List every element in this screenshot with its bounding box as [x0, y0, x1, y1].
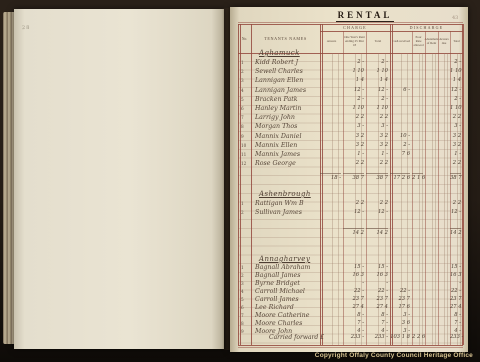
tenant-number: 6	[241, 106, 244, 111]
section-total-amount: 18 -	[320, 173, 341, 181]
amount-cell: 103 1 8	[390, 334, 410, 340]
grid-line	[412, 31, 413, 345]
column-header-cash-received: Cash received	[390, 32, 412, 52]
grid-line	[238, 345, 463, 346]
tenant-number: 3	[241, 78, 244, 83]
tenant-name: Rose George	[255, 160, 296, 167]
amount-cell: 2 2	[366, 160, 388, 166]
amount-cell: 2 2	[366, 200, 388, 206]
tenant-name: Lee Richard	[255, 304, 294, 311]
tenant-name: Morgan Thos	[255, 123, 297, 130]
tenant-number: 7	[241, 115, 244, 120]
amount-cell: 27 4	[450, 304, 461, 310]
amount-cell: -	[450, 280, 461, 286]
amount-cell: 233 -	[343, 334, 364, 340]
amount-cell: 1 -	[366, 151, 388, 157]
amount-cell: 1 10	[366, 105, 388, 111]
section-total-amount: 17 2 6	[390, 173, 410, 181]
column-header-abatement: Abatement of Rent	[425, 32, 438, 52]
tenant-number: 1	[241, 60, 244, 65]
grid-line	[238, 347, 463, 348]
amount-cell: 23 7	[343, 296, 364, 302]
amount-cell: 2 -	[343, 96, 364, 102]
tenant-number: 9	[241, 134, 244, 139]
tenant-name: Lannigan Ellen	[255, 77, 303, 84]
amount-cell: 1 4	[366, 77, 388, 83]
amount-cell: 8 -	[366, 312, 388, 318]
tenant-name: Byrne Bridget	[255, 280, 300, 287]
grid-line	[322, 24, 323, 345]
amount-cell: 7 -	[450, 320, 461, 326]
amount-cell: 17 6	[390, 304, 410, 310]
tenant-name: Bracken Patk	[255, 96, 298, 103]
page-title: RENTAL	[300, 10, 430, 22]
left-blank-page	[14, 9, 224, 349]
amount-cell: 3 2	[366, 142, 388, 148]
amount-cell: 12 -	[366, 209, 388, 215]
tenant-number: 3	[241, 281, 244, 286]
tenant-name: Mannix James	[255, 151, 300, 158]
townland-heading: Aghamuck	[259, 49, 300, 57]
grid-line	[435, 53, 436, 345]
amount-cell: 12 -	[450, 209, 461, 215]
amount-cell: 8 -	[343, 312, 364, 318]
tenant-number: 4	[241, 289, 244, 294]
amount-cell: 16 3	[343, 272, 364, 278]
carried-forward-label: Carried forward £	[269, 334, 324, 341]
tenant-number: 6	[241, 305, 244, 310]
tenant-number: 5	[241, 97, 244, 102]
amount-cell: 233 -	[366, 334, 388, 340]
amount-cell: 2 2	[450, 114, 461, 120]
section-total-amount: 14 2	[343, 228, 364, 236]
tenant-number: 12	[241, 161, 246, 166]
amount-cell: 12 -	[366, 87, 388, 93]
column-header-poor-rate: Poor Rate allowed	[412, 32, 425, 52]
amount-cell: 22 -	[343, 288, 364, 294]
grid-line	[438, 31, 439, 345]
tenant-name: Sewell Charles	[255, 68, 303, 75]
amount-cell: -	[343, 280, 364, 286]
column-header-arrears: Arrears	[320, 32, 343, 52]
right-page-number: 43	[452, 15, 458, 21]
section-total-amount: 38 7	[450, 173, 461, 181]
amount-cell: 12 -	[343, 87, 364, 93]
amount-cell: 2 2	[450, 200, 461, 206]
amount-cell: 23 7	[450, 296, 461, 302]
amount-cell: 23 7	[390, 296, 410, 302]
amount-cell: 2 2	[450, 160, 461, 166]
amount-cell: 1 4	[343, 77, 364, 83]
amount-cell: 3 2	[450, 133, 461, 139]
amount-cell: 3 -	[390, 312, 410, 318]
townland-heading: Ashenbrough	[259, 190, 311, 198]
amount-cell: 3 2	[343, 142, 364, 148]
amount-cell: 8 -	[450, 312, 461, 318]
amount-cell: 2 2	[343, 200, 364, 206]
amount-cell: 7 -	[366, 320, 388, 326]
tenant-number: 5	[241, 297, 244, 302]
group-header-charge: CHARGE	[320, 24, 390, 31]
amount-cell: 16 3	[450, 272, 461, 278]
amount-cell: 12 -	[450, 87, 461, 93]
grid-line	[238, 22, 463, 23]
tenant-name: Hanley Martin	[255, 105, 301, 112]
column-header-charge-total: Total	[366, 32, 390, 52]
grid-line	[444, 53, 445, 345]
amount-cell: 3 2	[450, 142, 461, 148]
tenant-name: Mannix Daniel	[255, 133, 302, 140]
tenant-name: Rattigan Wm B	[255, 200, 304, 207]
section-total-amount: 2 1 6	[412, 173, 423, 181]
amount-cell: 3 -	[343, 123, 364, 129]
tenant-number: 2	[241, 69, 244, 74]
grid-line	[332, 53, 333, 345]
section-total-amount: 14 2	[366, 228, 388, 236]
amount-cell: 2 -	[343, 59, 364, 65]
tenant-name: Carroll Michael	[255, 288, 305, 295]
amount-cell: 7 -	[343, 320, 364, 326]
grid-line	[238, 24, 463, 25]
tenant-number: 8	[241, 124, 244, 129]
tenant-number: 1	[241, 201, 244, 206]
amount-cell: 2 2	[343, 114, 364, 120]
tenant-number: 2	[241, 210, 244, 215]
section-total-amount: 14 2	[450, 228, 461, 236]
tenant-number: 11	[241, 152, 246, 157]
grid-line	[338, 53, 339, 345]
grid-line	[251, 24, 252, 345]
amount-cell: 16 3	[366, 272, 388, 278]
amount-cell: 3 2	[366, 133, 388, 139]
amount-cell: 2 2 6	[412, 334, 423, 340]
amount-cell: 2 -	[450, 96, 461, 102]
tenant-number: 2	[241, 273, 244, 278]
grid-line	[463, 24, 464, 345]
grid-line	[419, 53, 420, 345]
tenant-number: 8	[241, 321, 244, 326]
grid-line	[422, 53, 423, 345]
section-total-amount: 38 7	[366, 173, 388, 181]
amount-cell: 27 4	[366, 304, 388, 310]
amount-cell: 1 -	[343, 151, 364, 157]
amount-cell: 1 4	[450, 77, 461, 83]
grid-line	[432, 53, 433, 345]
tenant-name: Moore Charles	[255, 320, 302, 327]
amount-cell: 3 -	[366, 123, 388, 129]
tenant-number: 10	[241, 143, 246, 148]
amount-cell: 2 -	[390, 142, 410, 148]
tenant-name: Kidd Robert J	[255, 59, 298, 66]
tenant-name: Mannix Ellen	[255, 142, 297, 149]
tenant-name: Bagnall Abraham	[255, 264, 310, 271]
amount-cell: 2 -	[450, 59, 461, 65]
amount-cell: 2 -	[366, 59, 388, 65]
column-header-arrears-due: Arrears due	[438, 32, 450, 52]
amount-cell: 10 -	[390, 133, 410, 139]
amount-cell: 2 2	[343, 160, 364, 166]
amount-cell: 15 -	[343, 264, 364, 270]
amount-cell: 27 4	[343, 304, 364, 310]
tenant-name: Larrigy John	[255, 114, 295, 121]
group-header-discharge: DISCHARGE	[390, 24, 463, 31]
amount-cell: 23 7	[366, 296, 388, 302]
amount-cell: 1 10	[450, 105, 461, 111]
amount-cell: 3 6	[390, 320, 410, 326]
ledger-book-photo: 28 RENTAL 43 No. TENANTS NAMES CHARGE DI…	[0, 0, 480, 362]
tenant-name: Carroll James	[255, 296, 299, 303]
amount-cell: 15 -	[450, 264, 461, 270]
amount-cell: 3 2	[343, 133, 364, 139]
amount-cell: 2 -	[366, 96, 388, 102]
amount-cell: 12 -	[343, 209, 364, 215]
column-header-years-rent: One Year's Rent ending 25 Mar 18	[343, 32, 366, 52]
amount-cell: 22 -	[366, 288, 388, 294]
amount-cell: 1 10	[343, 68, 364, 74]
copyright-notice: Copyright Offaly County Council Heritage…	[315, 352, 473, 359]
amount-cell: 3 -	[450, 123, 461, 129]
amount-cell: 2 2	[366, 114, 388, 120]
amount-cell: 6 -	[390, 87, 410, 93]
tenant-name: Bagnall James	[255, 272, 300, 279]
amount-cell: 1 10	[366, 68, 388, 74]
amount-cell: 22 -	[450, 288, 461, 294]
amount-cell: 7 6	[390, 151, 410, 157]
tenant-number: 7	[241, 313, 244, 318]
tenant-name: Lannigan James	[255, 87, 306, 94]
tenant-number: 4	[241, 88, 244, 93]
tenant-number: 1	[241, 265, 244, 270]
section-total-amount: 38 7	[343, 173, 364, 181]
amount-cell: -	[366, 280, 388, 286]
amount-cell: 22 -	[390, 288, 410, 294]
grid-line	[447, 53, 448, 345]
amount-cell: 15 -	[366, 264, 388, 270]
amount-cell: 1 -	[450, 151, 461, 157]
amount-cell: 1 10	[343, 105, 364, 111]
tenant-name: Moore Catherine	[255, 312, 309, 319]
tenant-name: Sullivan James	[255, 209, 302, 216]
amount-cell: 233 -	[450, 334, 461, 340]
townland-heading: Annagharvey	[259, 255, 310, 263]
left-page-number: 28	[22, 25, 31, 31]
grid-line	[425, 31, 426, 345]
amount-cell: 1 10	[450, 68, 461, 74]
tenant-number: 9	[241, 329, 244, 334]
